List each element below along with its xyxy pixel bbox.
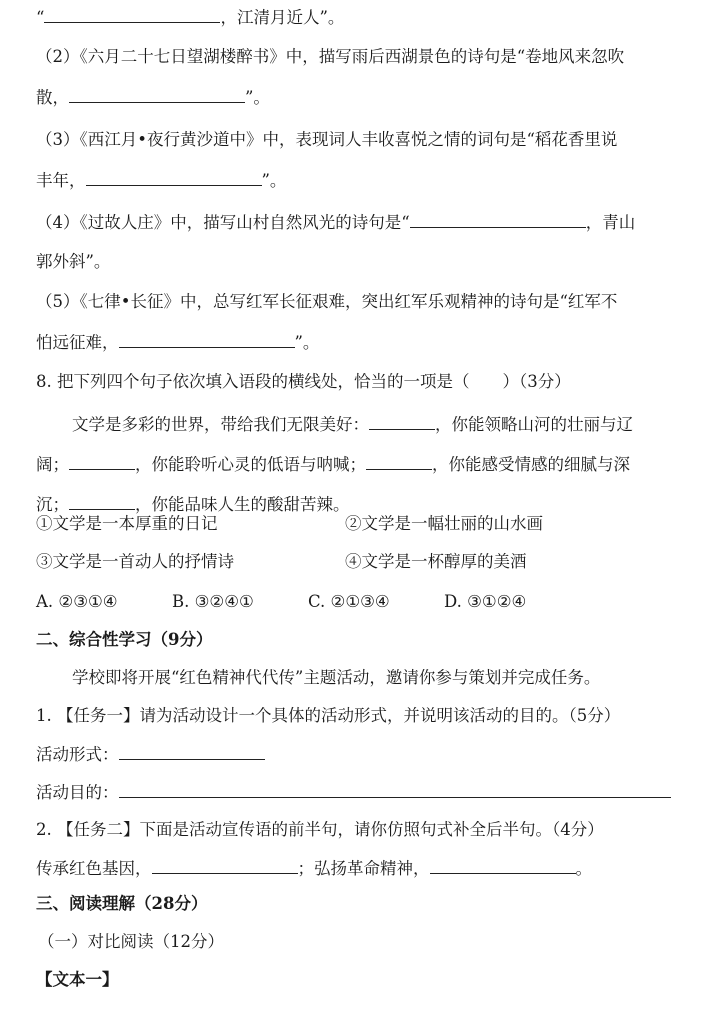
answer-blank[interactable]: [69, 86, 245, 103]
section2-title: 二、综合性学习（9分）: [36, 629, 212, 651]
slogan-part-b: ；弘扬革命精神，: [298, 859, 430, 878]
q7-5-pre: 怕远征难，: [36, 333, 119, 352]
q7-2-line1: （2）《六月二十七日望湖楼醉书》中，描写雨后西湖景色的诗句是“卷地风来忽吹: [36, 46, 624, 68]
section3-sub1: （一）对比阅读（12分）: [38, 931, 224, 953]
task2-prompt: 2. 【任务二】下面是活动宣传语的前半句，请你仿照句式补全后半句。（4分）: [36, 819, 604, 841]
section3-title: 三、阅读理解（28分）: [36, 893, 207, 915]
answer-blank[interactable]: [119, 331, 295, 348]
sentence-2: ②文学是一幅壮丽的山水画: [345, 513, 543, 535]
purpose-label: 活动目的：: [36, 783, 119, 802]
answer-blank[interactable]: [69, 493, 135, 510]
q7-3-line1: （3）《西江月•夜行黄沙道中》中，表现词人丰收喜悦之情的词句是“稻花香里说: [36, 129, 617, 151]
form-label: 活动形式：: [36, 745, 119, 764]
q7-1-tail: “，江清月近人”。: [36, 6, 344, 28]
task1-prompt: 1. 【任务一】请为活动设计一个具体的活动形式，并说明该活动的目的。（5分）: [36, 705, 620, 727]
q7-4-post: ，青山: [586, 213, 636, 232]
answer-blank[interactable]: [86, 169, 262, 186]
q7-4-line2: 郭外斜”。: [36, 251, 110, 273]
task1-purpose-row: 活动目的：: [36, 781, 671, 803]
q8-stem: 8. 把下列四个句子依次填入语段的横线处，恰当的一项是（ ）（3分）: [36, 371, 571, 393]
answer-blank[interactable]: [44, 6, 220, 23]
sentence-3: ③文学是一首动人的抒情诗: [36, 551, 234, 573]
q8-para-line1: 文学是多彩的世界，带给我们无限美好：，你能领略山河的壮丽与辽: [72, 413, 633, 435]
q8-para-line3: 沉；，你能品味人生的酸甜苦辣。: [36, 493, 350, 515]
section2-intro: 学校即将开展“红色精神代代传”主题活动，邀请你参与策划并完成任务。: [72, 667, 600, 689]
q7-3-pre: 丰年，: [36, 171, 86, 190]
para-text: ，你能领略山河的壮丽与辽: [435, 415, 633, 434]
text1-heading: 【文本一】: [36, 969, 119, 991]
q7-4-pre: （4）《过故人庄》中，描写山村自然风光的诗句是“: [36, 213, 410, 232]
task1-form-row: 活动形式：: [36, 743, 265, 765]
slogan-part-a: 传承红色基因，: [36, 859, 152, 878]
sentence-4: ④文学是一杯醇厚的美酒: [345, 551, 527, 573]
activity-purpose-blank[interactable]: [119, 781, 671, 798]
q7-3-post: ”。: [262, 171, 287, 190]
slogan-blank-2[interactable]: [430, 857, 576, 874]
para-text: ，你能感受情感的细腻与深: [432, 455, 630, 474]
choice-a[interactable]: A. ②③①④: [36, 591, 118, 613]
answer-blank[interactable]: [366, 453, 432, 470]
q7-2-pre: 散，: [36, 88, 69, 107]
answer-blank[interactable]: [369, 413, 435, 430]
task2-row: 传承红色基因，；弘扬革命精神，。: [36, 857, 592, 879]
para-text: ，你能聆听心灵的低语与呐喊；: [135, 455, 366, 474]
q7-2-post: ”。: [245, 88, 270, 107]
q7-2-line2: 散，”。: [36, 86, 270, 108]
q7-1-text: ，江清月近人”。: [220, 8, 344, 27]
choice-c[interactable]: C. ②①③④: [308, 591, 390, 613]
activity-form-blank[interactable]: [119, 743, 265, 760]
choice-b[interactable]: B. ③②④①: [172, 591, 254, 613]
slogan-end: 。: [576, 859, 593, 878]
q7-4-line1: （4）《过故人庄》中，描写山村自然风光的诗句是“，青山: [36, 211, 635, 233]
quote-open: “: [36, 8, 44, 27]
q7-3-line2: 丰年，”。: [36, 169, 286, 191]
para-text: 文学是多彩的世界，带给我们无限美好：: [72, 415, 369, 434]
para-text: ，你能品味人生的酸甜苦辣。: [135, 495, 350, 514]
choice-d[interactable]: D. ③①②④: [444, 591, 526, 613]
q8-para-line2: 阔；，你能聆听心灵的低语与呐喊；，你能感受情感的细腻与深: [36, 453, 630, 475]
q7-5-line2: 怕远征难，”。: [36, 331, 319, 353]
answer-blank[interactable]: [410, 211, 586, 228]
para-text: 阔；: [36, 455, 69, 474]
sentence-1: ①文学是一本厚重的日记: [36, 513, 218, 535]
slogan-blank-1[interactable]: [152, 857, 298, 874]
answer-blank[interactable]: [69, 453, 135, 470]
para-text: 沉；: [36, 495, 69, 514]
q7-5-post: ”。: [295, 333, 320, 352]
q7-5-line1: （5）《七律•长征》中，总写红军长征艰难，突出红军乐观精神的诗句是“红军不: [36, 291, 617, 313]
